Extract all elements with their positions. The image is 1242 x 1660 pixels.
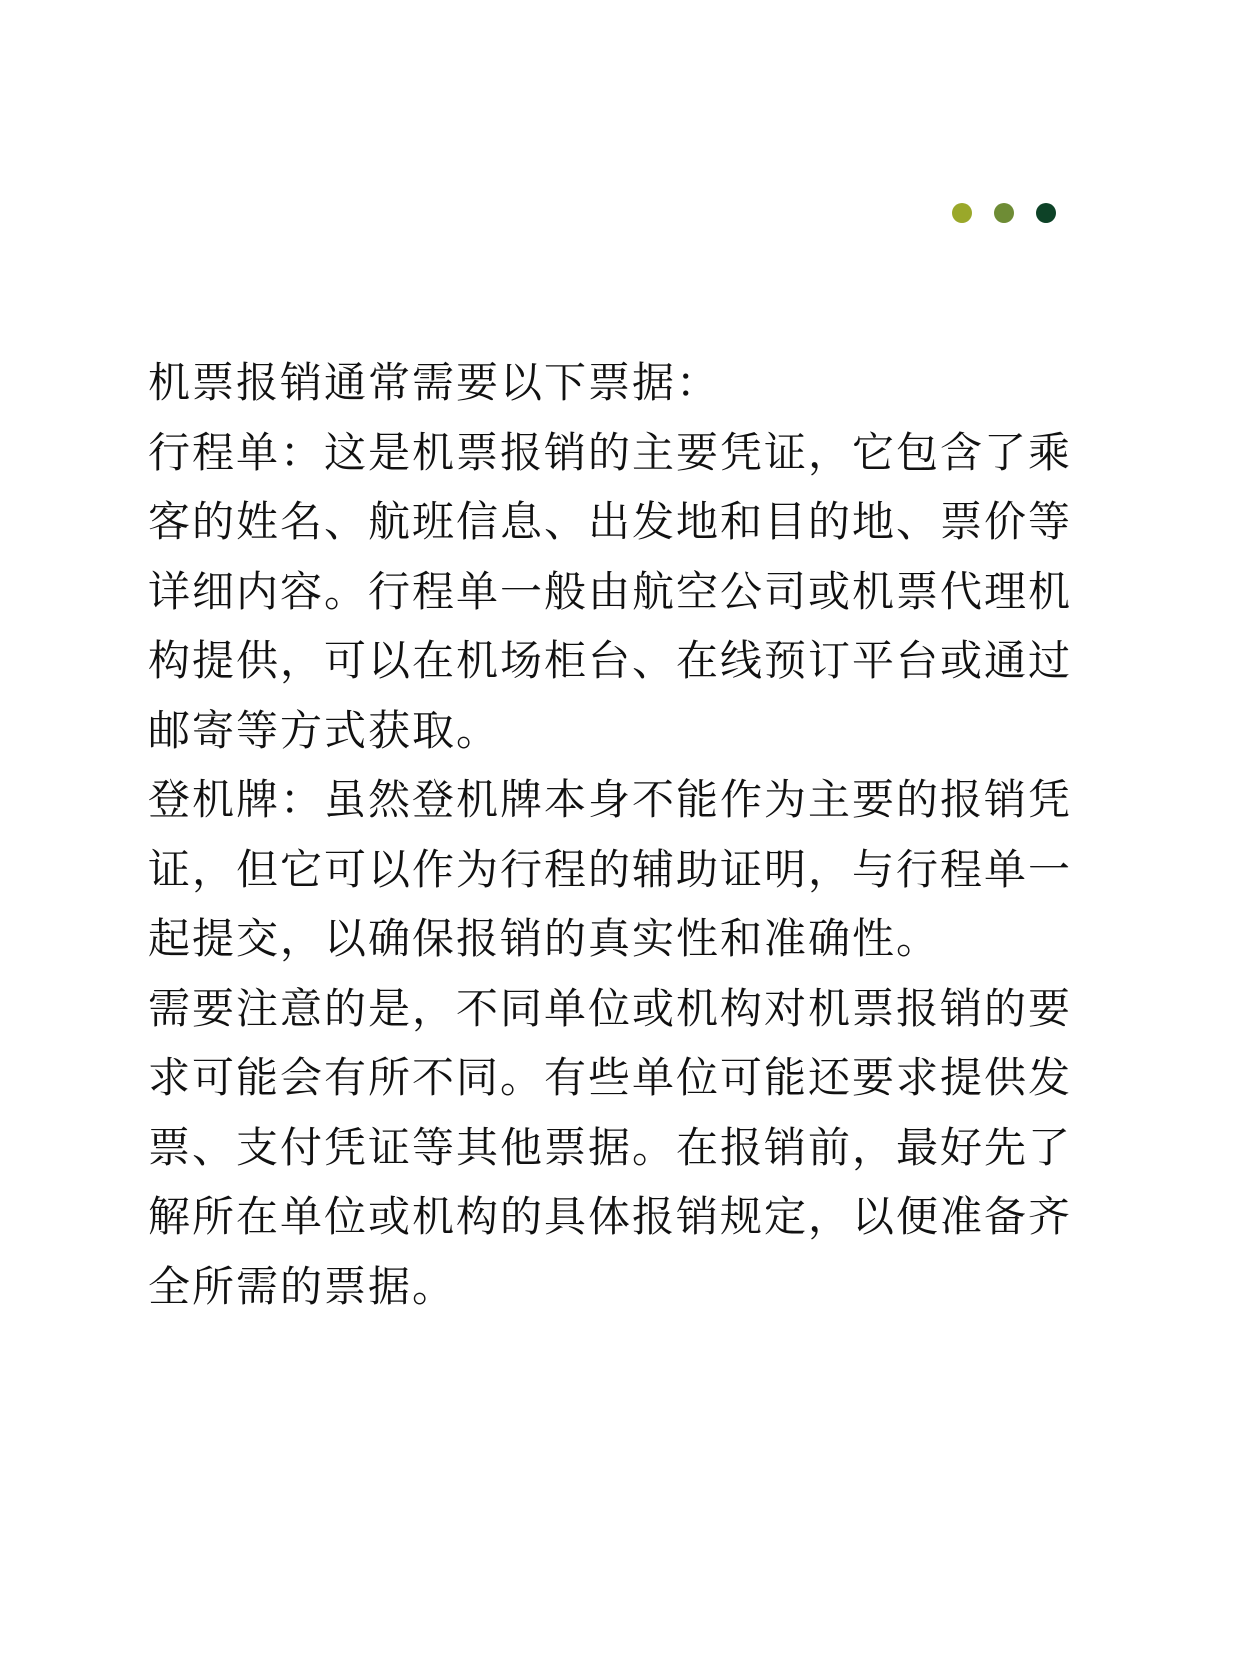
text-line: 行程单：这是机票报销的主要凭证，它包含了乘 [148,418,1088,488]
text-line: 构提供，可以在机场柜台、在线预订平台或通过 [148,626,1088,696]
text-line: 详细内容。行程单一般由航空公司或机票代理机 [148,557,1088,627]
text-line: 客的姓名、航班信息、出发地和目的地、票价等 [148,487,1088,557]
dot-icon-2 [994,203,1014,223]
text-line: 票、支付凭证等其他票据。在报销前，最好先了 [148,1113,1088,1183]
text-line: 证，但它可以作为行程的辅助证明，与行程单一 [148,835,1088,905]
decorative-dots [952,203,1056,223]
text-line: 登机牌：虽然登机牌本身不能作为主要的报销凭 [148,765,1088,835]
dot-icon-3 [1036,203,1056,223]
text-line: 解所在单位或机构的具体报销规定，以便准备齐 [148,1182,1088,1252]
text-line: 起提交，以确保报销的真实性和准确性。 [148,904,1088,974]
text-line: 求可能会有所不同。有些单位可能还要求提供发 [148,1043,1088,1113]
text-line: 需要注意的是，不同单位或机构对机票报销的要 [148,974,1088,1044]
text-line: 邮寄等方式获取。 [148,696,1088,766]
text-line: 机票报销通常需要以下票据： [148,348,1088,418]
text-line: 全所需的票据。 [148,1252,1088,1322]
dot-icon-1 [952,203,972,223]
article-body: 机票报销通常需要以下票据： 行程单：这是机票报销的主要凭证，它包含了乘 客的姓名… [148,348,1088,1321]
